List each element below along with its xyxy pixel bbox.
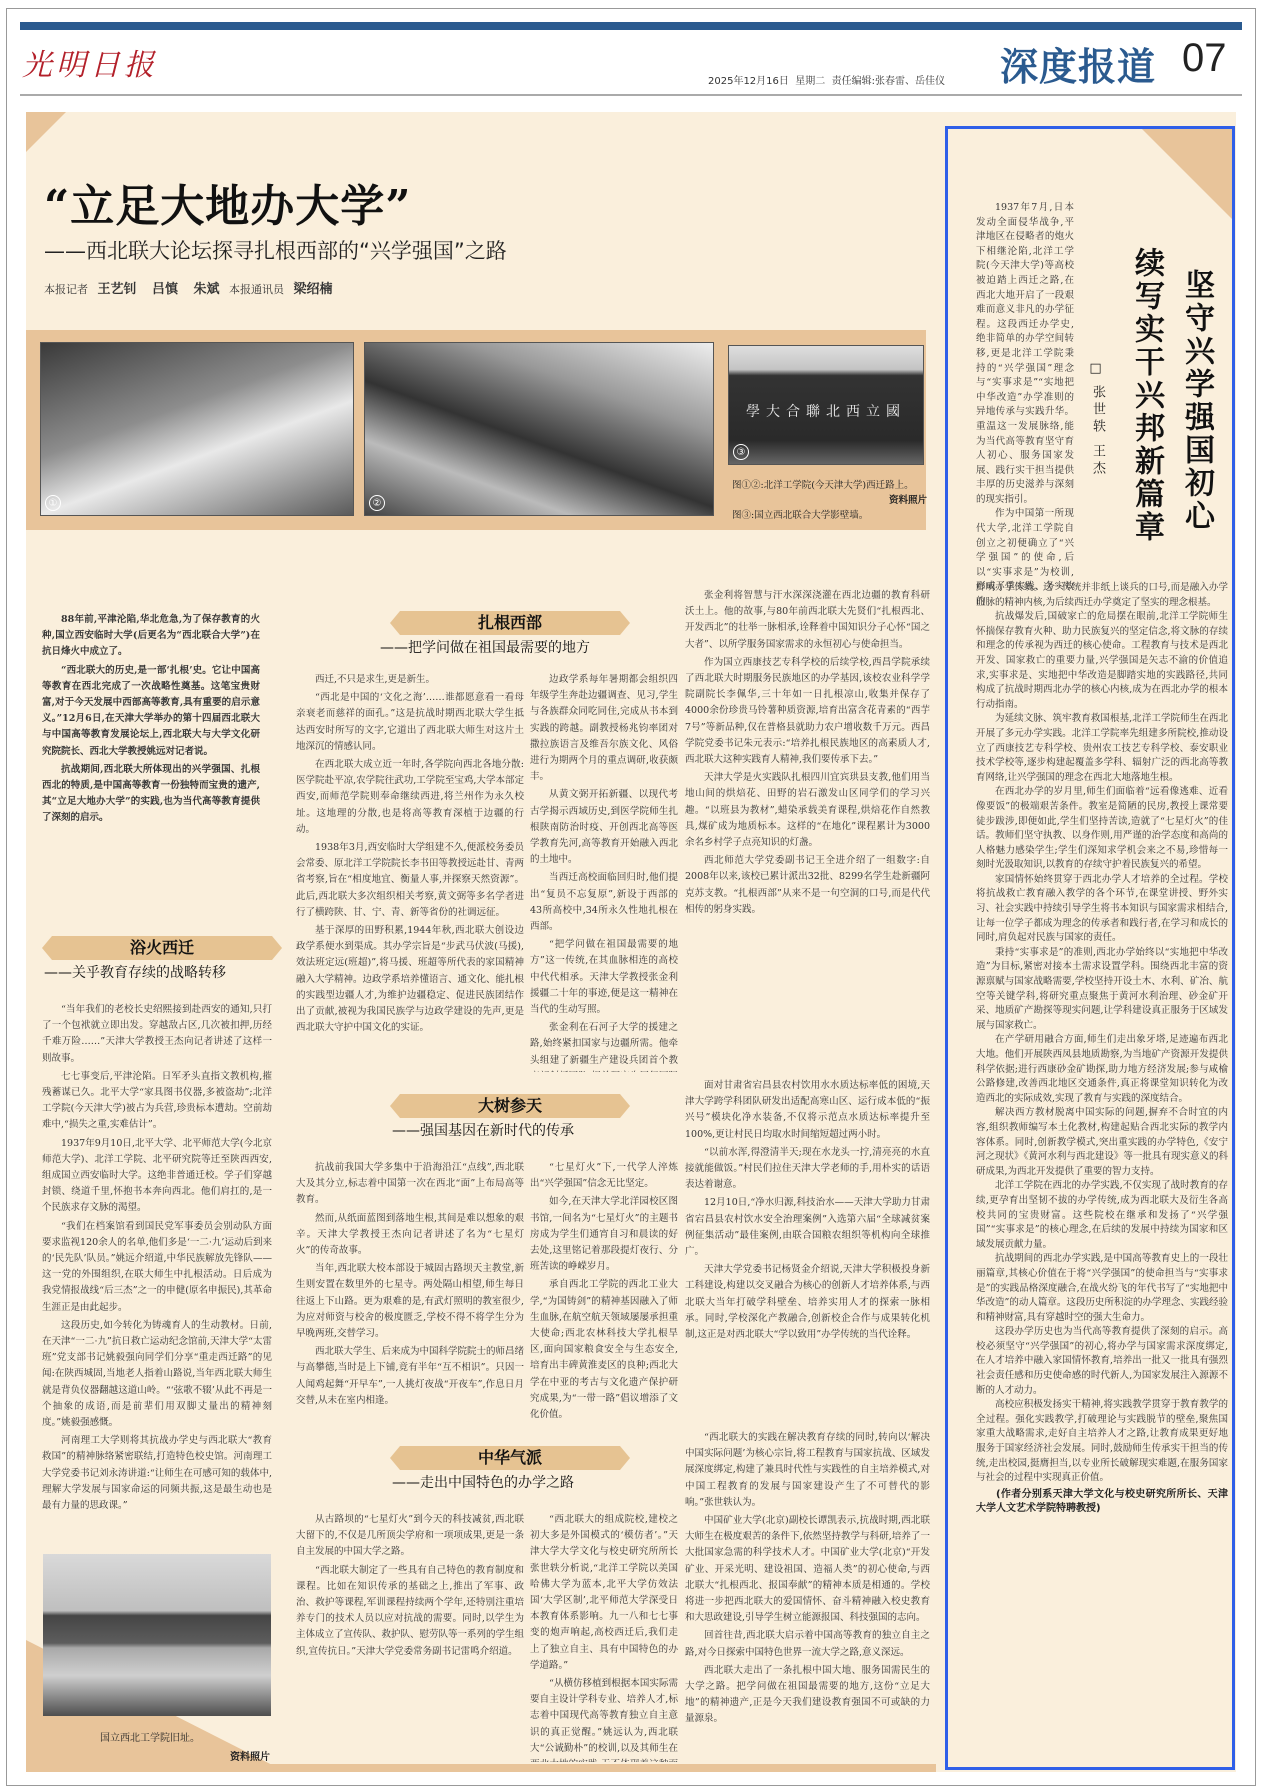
body-paragraph: 西北联大走出了一条扎根中国大地、服务国需民生的大学之路。把学问做在祖国最需要的地… xyxy=(685,1663,930,1728)
issue-weekday: 星期二 xyxy=(795,76,825,87)
body-paragraph: “我们在档案馆看到国民党军事委员会别动队方面要求监视120余人的名单,他们多是‘… xyxy=(42,1219,272,1316)
body-paragraph: 1938年3月,西安临时大学组建不久,便派校务委员会常委、原北洋工学院院长李书田… xyxy=(296,840,524,921)
commentary-title-line1: 坚守兴学强国初心 xyxy=(1174,269,1218,533)
section-2-column-c: 张金利将智慧与汗水深深浇灌在西北边疆的教育科研沃土上。他的故事,与80年前西北联… xyxy=(685,588,930,1072)
body-paragraph: “当年我们的老校长史绍熙接到赴西安的通知,只打了一个包袱就立即出发。穿越敌占区,… xyxy=(42,1002,272,1067)
body-paragraph: 西北师范大学党委副书记王全进介绍了一组数字:自2008年以来,该校已累计派出32… xyxy=(685,853,930,918)
body-paragraph: 作为国立西康技艺专科学校的后续学校,西昌学院承续了西北联大时期服务民族地区的办学… xyxy=(685,655,930,768)
body-paragraph: 天津大学是火实践队扎根四川宜宾珙县支教,他们用当地山间的烘焙花、田野的岩石激发山… xyxy=(685,770,930,851)
section-3-column-b: “七星灯火”下,一代学人淬炼出“兴学强国”信念无比坚定。 如今,在天津大学北洋园… xyxy=(530,1160,678,1430)
section-2-column-a: 西迁,不只是求生,更是新生。 “西北是中国的‘文化之海’……谁都愿意看一看母亲衰… xyxy=(296,672,524,1072)
photo-mountain-road: ① xyxy=(40,342,354,516)
commentary-authors: 张世轶 王杰 xyxy=(1088,385,1107,478)
caption-line: 图③:国立西北联合大学影壁墙。 xyxy=(732,510,868,521)
commentary-paragraph: 北洋工学院在西北的办学实践,不仅实现了战时教育的存续,更孕育出坚韧不拔的办学传统… xyxy=(976,1179,1228,1252)
commentary-paragraph: 抗战期间的西北办学实践,是中国高等教育史上的一段壮丽篇章,其核心价值在于将“兴学… xyxy=(976,1252,1228,1325)
photo-credit: 资料照片 xyxy=(889,493,927,508)
photo-number: ① xyxy=(45,495,61,511)
section-subtitle-2: ——把学问做在祖国最需要的地方 xyxy=(380,637,590,657)
section-4-column-b: “西北联大的组成院校,建校之初大多是外国模式的‘模仿者’。”天津大学大学文化与校… xyxy=(530,1512,678,1762)
reporter-name: 吕慎 xyxy=(152,282,178,297)
commentary-paragraph: 1937年7月,日本发动全面侵华战争,平津地区在侵略者的炮火下相继沦陷,北洋工学… xyxy=(976,201,1074,507)
section-1-column: “当年我们的老校长史绍熙接到赴西安的通知,只打了一个包袱就立即出发。穿越敌占区,… xyxy=(42,1002,272,1542)
decorative-corner xyxy=(1142,129,1232,219)
decorative-bottom-band xyxy=(26,1764,936,1772)
body-paragraph: 当年,西北联大校本部设于城固古路坝天主教堂,新生则安置在数里外的七星寺。两处隔山… xyxy=(296,1261,524,1342)
body-paragraph: 面对甘肃省宕昌县农村饮用水水质达标率低的困境,天津大学跨学科团队研发出适配高寒山… xyxy=(685,1078,930,1143)
photo-number: ② xyxy=(369,495,385,511)
body-paragraph: 这段历史,如今转化为铸魂育人的生动教材。日前,在天津“一二·九”抗日救亡运动纪念… xyxy=(42,1318,272,1431)
body-paragraph: 张金利在石河子大学的援建之路,始终紧扣国家与边疆所需。他牵头组建了新疆生产建设兵… xyxy=(530,1020,678,1072)
section-banner-1: 浴火西迁 xyxy=(42,936,282,960)
commentary-narrow-column: 1937年7月,日本发动全面侵华战争,平津地区在侵略者的炮火下相继沦陷,北洋工学… xyxy=(976,201,1074,610)
author-note: (作者分别系天津大学文化与校史研究所所长、天津大学人文艺术学院特聘教授) xyxy=(976,1488,1228,1517)
article-headline: “立足大地办大学” xyxy=(44,170,412,234)
correspondent-name: 梁绍楠 xyxy=(294,282,333,297)
body-paragraph: 基于深厚的田野积累,1944年秋,西北联大创设边政学系便水到渠成。其办学宗旨是“… xyxy=(296,923,524,1036)
intro-column: 88年前,平津沦陷,华北危急,为了保存教育的火种,国立西安临时大学(后更名为“西… xyxy=(42,612,260,829)
commentary-paragraph: 秉持“实事求是”的准则,西北办学始终以“实地把中华改造”为目标,紧密对接本土需求… xyxy=(976,946,1228,1034)
body-paragraph: “以前水浑,得澄清半天;现在水龙头一拧,清亮亮的水直接就能做饭。”村民们拉住天津… xyxy=(685,1145,930,1194)
section-subtitle-4: ——走出中国特色的办学之路 xyxy=(392,1472,574,1492)
intro-paragraph: 抗战期间,西北联大所体现出的兴学强国、扎根西北的特质,是中国高等教育一份独特而宝… xyxy=(42,762,260,827)
body-paragraph: 从古路坝的“七星灯火”到今天的科技减贫,西北联大留下的,不仅是几所顶尖学府和一项… xyxy=(296,1512,524,1561)
header-divider xyxy=(20,94,1242,96)
newspaper-logo: 光明日报 xyxy=(22,40,158,84)
correspondent-label: 本报通讯员 xyxy=(229,283,284,296)
photo-number: ③ xyxy=(733,444,749,460)
body-paragraph: 边政学系每年暑期都会组织四年级学生奔赴边疆调查、见习,学生与各族群众同吃同住,完… xyxy=(530,672,678,785)
caption-line: 图①②:北洋工学院(今天津大学)西迁路上。 xyxy=(732,480,914,491)
photo-students-bridge: ② xyxy=(364,342,714,516)
responsible-editors: 责任编辑:张春雷、岳佳仪 xyxy=(832,76,945,87)
old-site-photo xyxy=(43,1554,271,1716)
commentary-box: 坚守兴学强国初心 续写实干兴邦新篇章 □ 张世轶 王杰 1937年7月,日本发动… xyxy=(945,126,1235,1770)
commentary-paragraph: 在产学研用融合方面,师生们走出象牙塔,足迹遍布西北大地。他们开展陕西凤县地质勘察… xyxy=(976,1033,1228,1106)
issue-meta: 2025年12月16日 星期二 责任编辑:张春雷、岳佳仪 xyxy=(708,72,945,87)
body-paragraph: “西北是中国的‘文化之海’……谁都愿意看一看母亲衰老而慈祥的面孔。”这是抗战时期… xyxy=(296,690,524,755)
intro-paragraph: 88年前,平津沦陷,华北危急,为了保存教育的火种,国立西安临时大学(后更名为“西… xyxy=(42,612,260,661)
section-3-column-c: 面对甘肃省宕昌县农村饮用水水质达标率低的困境,天津大学跨学科团队研发出适配高寒山… xyxy=(685,1078,930,1418)
body-paragraph: “西北联大的实践在解决教育存续的同时,转向以‘解决中国实际问题’为核心宗旨,将工… xyxy=(685,1430,930,1511)
commentary-title-line2: 续写实干兴邦新篇章 xyxy=(1124,247,1168,544)
reporter-label: 本报记者 xyxy=(44,283,88,296)
commentary-paragraph: 高校应积极发扬实干精神,将实践教学贯穿于教育教学的全过程。强化实践教学,打破理论… xyxy=(976,1398,1228,1486)
body-paragraph: 在西北联大成立近一年时,各学院向西北各地分散:医学院赴平凉,农学院往武功,工学院… xyxy=(296,757,524,838)
body-paragraph: 如今,在天津大学北洋园校区图书馆,一间名为“七星灯火”的主题书房成为学生们通宵自… xyxy=(530,1194,678,1275)
section-banner-2: 扎根西部 xyxy=(390,611,630,635)
body-paragraph: 西迁,不只是求生,更是新生。 xyxy=(296,672,524,688)
commentary-paragraph: 在西北办学的岁月里,师生们面临着“远看像逃难、近看像要饭”的极端艰苦条件。教室是… xyxy=(976,785,1228,873)
reporter-name: 朱斌 xyxy=(194,282,220,297)
body-paragraph: 当西迁高校面临回归时,他们提出“复员不忘复原”,新设于西部的43所高校中,34所… xyxy=(530,870,678,935)
body-paragraph: 回首往昔,西北联大启示着中国高等教育的独立自主之路,对今日探索中国特色世界一流大… xyxy=(685,1628,930,1660)
body-paragraph: 西北联大学生、后来成为中国科学院院士的师昌绪与高攀德,当时是上下铺,竟有半年“互… xyxy=(296,1344,524,1409)
section-banner-4: 中华气派 xyxy=(390,1446,630,1470)
body-paragraph: “西北联大的组成院校,建校之初大多是外国模式的‘模仿者’。”天津大学大学文化与校… xyxy=(530,1512,678,1674)
body-paragraph: 1937年9月10日,北平大学、北平师范大学(今北京师范大学)、北洋工学院、北平… xyxy=(42,1136,272,1217)
section-subtitle-1: ——关乎教育存续的战略转移 xyxy=(44,962,226,982)
body-paragraph: “七星灯火”下,一代学人淬炼出“兴学强国”信念无比坚定。 xyxy=(530,1160,678,1192)
issue-date: 2025年12月16日 xyxy=(708,76,789,87)
body-paragraph: 12月10日,“净水归源,科技治水——天津大学助力甘肃省宕昌县农村饮水安全治理案… xyxy=(685,1195,930,1260)
top-color-bar xyxy=(20,22,1242,30)
commentary-paragraph: 这段办学历史也为当代高等教育提供了深刻的启示。高校必须坚守“兴学强国”的初心,将… xyxy=(976,1325,1228,1398)
commentary-paragraph: 为延续文脉、筑牢教育救国根基,北洋工学院师生在西北开展了多元办学实践。北洋工学院… xyxy=(976,712,1228,785)
commentary-paragraph: 解决西方教材脱离中国实际的问题,摒弃不合时宜的内容,组织教师编写本土化教材,构建… xyxy=(976,1106,1228,1179)
article-byline: 本报记者 王艺钊 吕慎 朱斌 本报通讯员 梁绍楠 xyxy=(44,278,339,297)
reporter-name: 王艺钊 xyxy=(98,282,137,297)
old-site-credit: 资料照片 xyxy=(230,1748,270,1763)
page-number: 07 xyxy=(1182,36,1227,81)
section-banner-3: 大树参天 xyxy=(390,1094,630,1118)
commentary-author-marker: □ xyxy=(1088,361,1103,380)
body-paragraph: 抗战前我国大学多集中于沿海沿江“点线”,西北联大及其分立,标志着中国第一次在西北… xyxy=(296,1160,524,1209)
commentary-paragraph: 抗战爆发后,国破家亡的危局摆在眼前,北洋工学院师生怀揣保存教育火种、助力民族复兴… xyxy=(976,610,1228,712)
body-paragraph: 然而,从纸面蓝图到落地生根,其间是难以想象的艰辛。天津大学教授王杰向记者讲述了名… xyxy=(296,1211,524,1260)
section-title: 深度报道 xyxy=(1000,36,1156,91)
body-paragraph: 承自西北工学院的西北工业大学,“为国铸剑”的精神基因融入了师生血脉,在航空航天领… xyxy=(530,1277,678,1423)
commentary-paragraph: 鲜明办学传统。这一传统并非纸上谈兵的口号,而是融入办学血脉的精神内核,为后续西迁… xyxy=(976,581,1228,610)
body-paragraph: 河南理工大学则将其抗战办学史与西北联大“教育救国”的精神脉络紧密联结,打造特色校… xyxy=(42,1433,272,1514)
body-paragraph: “从横仿移植到根据本国实际需要自主设计学科专业、培养人才,标志着中国现代高等教育… xyxy=(530,1676,678,1762)
body-paragraph: 中国矿业大学(北京)副校长谭凯表示,抗战时期,西北联大师生在极度艰苦的条件下,依… xyxy=(685,1513,930,1626)
section-subtitle-3: ——强国基因在新时代的传承 xyxy=(392,1120,574,1140)
commentary-wide-column: 鲜明办学传统。这一传统并非纸上谈兵的口号,而是融入办学血脉的精神内核,为后续西迁… xyxy=(976,581,1228,1751)
section-3-column-a: 抗战前我国大学多集中于沿海沿江“点线”,西北联大及其分立,标志着中国第一次在西北… xyxy=(296,1160,524,1430)
body-paragraph: 张金利将智慧与汗水深深浇灌在西北边疆的教育科研沃土上。他的故事,与80年前西北联… xyxy=(685,588,930,653)
body-paragraph: 从黄文弼开拓新疆、以现代考古学揭示西域历史,到医学院师生扎根陕南防治时疫、开创西… xyxy=(530,787,678,868)
photo-screen-wall: 學大合聯北西立國 ③ xyxy=(728,345,924,465)
section-4-column-c: “西北联大的实践在解决教育存续的同时,转向以‘解决中国实际问题’为核心宗旨,将工… xyxy=(685,1430,930,1762)
body-paragraph: “把学问做在祖国最需要的地方”这一传统,在其血脉相连的高校中代代相承。天津大学教… xyxy=(530,937,678,1018)
old-site-caption: 国立西北工学院旧址。 xyxy=(100,1729,200,1744)
intro-paragraph: “西北联大的历史,是一部‘扎根’史。它让中国高等教育在西北完成了一次战略性奠基。… xyxy=(42,663,260,760)
section-2-column-b: 边政学系每年暑期都会组织四年级学生奔赴边疆调查、见习,学生与各族群众同吃同住,完… xyxy=(530,672,678,1072)
photo-caption: 图①②:北洋工学院(今天津大学)西迁路上。 资料照片 图③:国立西北联合大学影壁… xyxy=(732,478,927,523)
body-paragraph: 七七事变后,平津沦陷。日军矛头直指文教机构,摧残蓄谋已久。北平大学“家具图书仪器… xyxy=(42,1069,272,1134)
commentary-paragraph: 家国情怀始终贯穿于西北办学人才培养的全过程。学校将抗战救亡教育融入教学的各个环节… xyxy=(976,873,1228,946)
section-4-column-a: 从古路坝的“七星灯火”到今天的科技减贫,西北联大留下的,不仅是几所顶尖学府和一项… xyxy=(296,1512,524,1762)
article-subheadline: ——西北联大论坛探寻扎根西部的“兴学强国”之路 xyxy=(44,235,507,265)
body-paragraph: 天津大学党委书记杨贤金介绍说,天津大学积极投身新工科建设,构建以交叉融合为核心的… xyxy=(685,1262,930,1343)
wall-inscription: 學大合聯北西立國 xyxy=(729,401,923,421)
body-paragraph: “西北联大制定了一些具有自己特色的教育制度和课程。比如在知识传承的基础之上,推出… xyxy=(296,1563,524,1660)
